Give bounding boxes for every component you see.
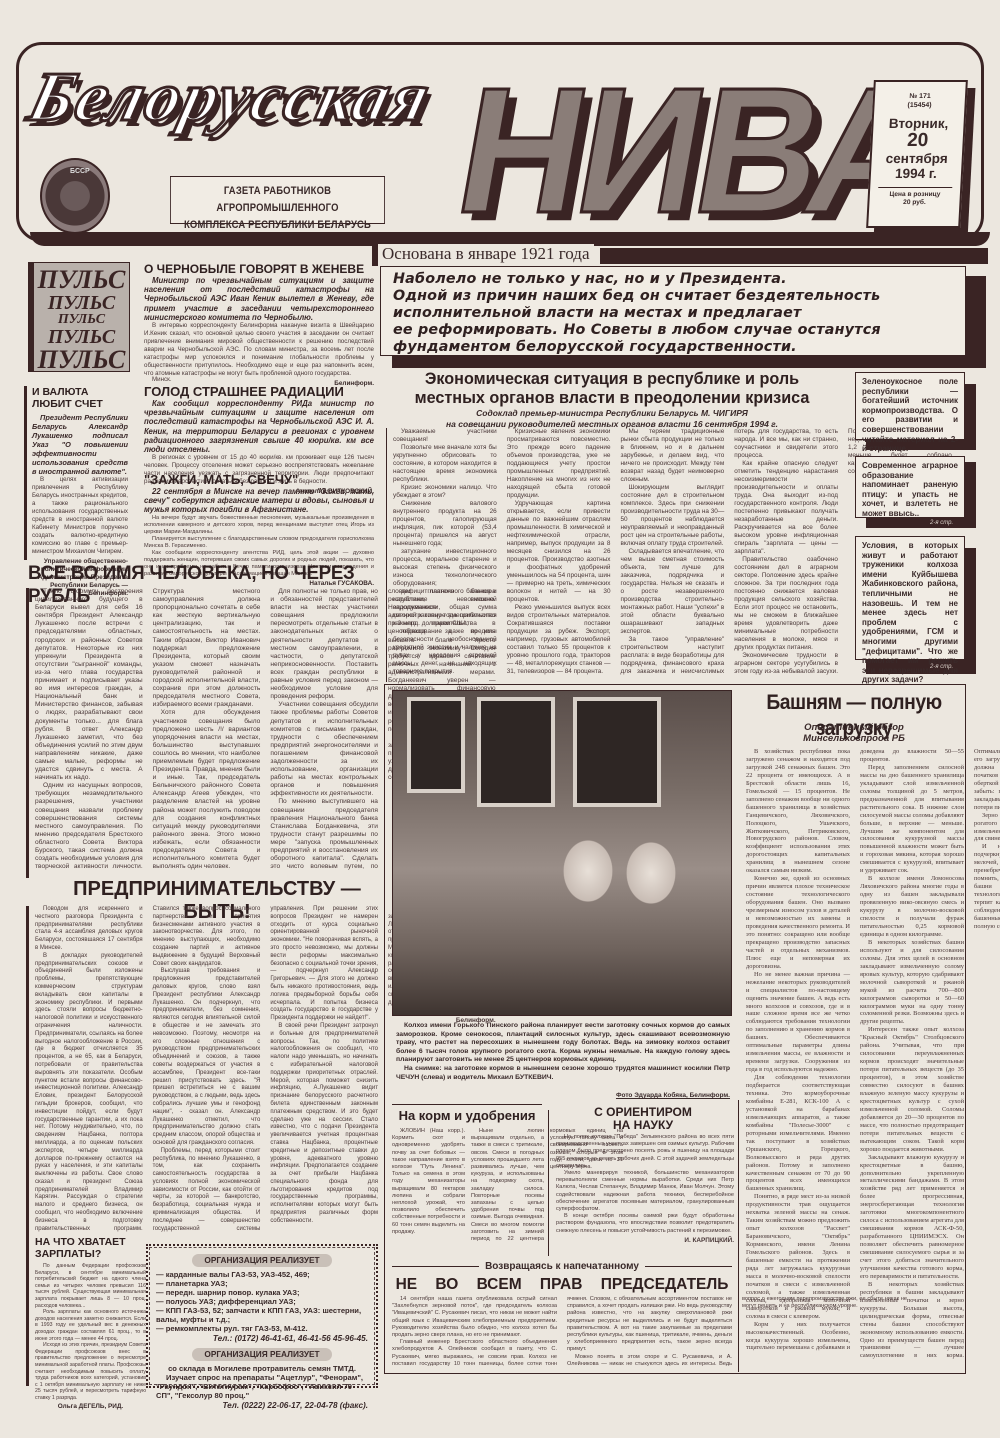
advertisement-box: ОРГАНИЗАЦИЯ РЕАЛИЗУЕТ — карданные валы Г… <box>146 1244 378 1388</box>
paragraph: Закладывают влажную кукурузу и крестоцве… <box>860 1154 964 1281</box>
rule <box>645 1266 732 1267</box>
masthead-subtitle: ГАЗЕТА РАБОТНИКОВ АГРОПРОМЫШЛЕННОГО КОМП… <box>170 176 385 224</box>
paragraph: Но не менее важная причина — нежелание н… <box>746 971 850 1074</box>
founded-line: Основана в январе 1921 года <box>372 244 594 266</box>
paragraph: ЖЛОБИН (Наш корр.). Кормить скот и однов… <box>392 1128 465 1236</box>
article-title: И ВАЛЮТА <box>32 386 128 398</box>
pulse-word: ПУЛЬС <box>34 267 129 293</box>
article-lead: 22 сентября в Минске на вечер памяти "За… <box>144 487 374 515</box>
article-valuta: И ВАЛЮТА ЛЮБИТ СЧЕТ Президент Республики… <box>24 386 128 560</box>
ad-item: — КПП ГАЗ-53, 52; запчасти к КПП ГАЗ, УА… <box>156 1306 368 1324</box>
paragraph: 14 сентября наша газета опубликовала ост… <box>392 1296 557 1339</box>
ad-phone: Тел. (0222) 22-06-17, 22-04-78 (факс). <box>156 1401 368 1410</box>
pulse-word: ПУЛЬС <box>34 313 129 327</box>
pulse-rubric: ПУЛЬС ПУЛЬС ПУЛЬС ПУЛЬС ПУЛЬС <box>28 262 130 372</box>
issue-day: 20 <box>872 131 963 151</box>
lead-box-shadow <box>966 276 986 366</box>
news-photo <box>392 690 732 1016</box>
column-divider <box>738 1100 739 1372</box>
paragraph: Правительство озабочено состоянием дел в… <box>734 556 838 652</box>
price-value: 20 руб. <box>877 199 951 207</box>
article-signature: Ольга ДЕГЕЛЬ, РИД. <box>35 1403 146 1410</box>
lead-line: Одной из причин наших бед он считает без… <box>393 288 953 305</box>
paragraph: На полях колхоза "Победа" Зельвенского р… <box>556 1134 734 1170</box>
paragraph: В некоторых хозяйствах башни используют … <box>860 939 964 1026</box>
divider <box>392 1104 542 1105</box>
rule <box>392 1266 479 1267</box>
article-body-nevo: 14 сентября наша газета опубликовала ост… <box>392 1296 732 1374</box>
paragraph: Шокирующим выглядит состояние дел в стро… <box>621 484 725 548</box>
paragraph: Кризис экономики налицо. Что убеждает в … <box>393 484 497 500</box>
paragraph: По данным Федерации профсоюзов Беларуси,… <box>35 1263 146 1309</box>
article-subtitle: Оперативный обзор Минсельхозпрода РБ <box>744 722 964 744</box>
paragraph: В колхозе имени Ломоносова Ляховичского … <box>860 875 964 939</box>
article-body: В целях активизации привлечения в Респуб… <box>32 476 128 556</box>
paragraph: Для соблюдения технологии подбирается со… <box>746 1074 850 1193</box>
photo-window <box>477 697 555 807</box>
paragraph: Уважаемые участники совещания! <box>393 428 497 444</box>
title-line: НА НАУКУ <box>556 1119 730 1132</box>
article-title: На корм и удобрения <box>392 1108 542 1124</box>
paragraph: Интересен также опыт колхоза "Красный Ок… <box>860 1026 964 1153</box>
paragraph: переход за пределы безопасности необосно… <box>393 628 497 676</box>
article-lead: Министр по чрезвычайным ситуациям и защи… <box>144 276 374 322</box>
paragraph: В конце октября посевы озимой ржи будут … <box>556 1213 734 1235</box>
subtitle-line: ГАЗЕТА РАБОТНИКОВ АГРОПРОМЫШЛЕННОГО <box>171 183 384 217</box>
pulse-word: ПУЛЬС <box>34 347 129 373</box>
subtitle-line: Содоклад премьер-министра Республики Бел… <box>384 408 840 419</box>
paragraph: Мы теряем традиционные рынки сбыта проду… <box>621 428 725 484</box>
photo-caption: Колхоз имени Горького Пинского района пл… <box>396 1022 730 1082</box>
subtitle-line: КОМПЛЕКСА РЕСПУБЛИКИ БЕЛАРУСЬ <box>171 217 384 234</box>
paragraph: дефицит платежного баланса и нарастание … <box>393 588 497 628</box>
teaser-box[interactable]: Условия, в которых живут и работают труж… <box>855 536 965 660</box>
article-title: ЛЮБИТ СЧЕТ <box>32 398 128 410</box>
paragraph: В хозяйствах республики пока загружено с… <box>746 748 850 875</box>
teaser-page-ref: 2-я стр. <box>930 664 953 670</box>
article-signature: И. КАРПИЦКИЙ. <box>556 1237 734 1244</box>
caption-text: Колхоз имени Горького Пинского района пл… <box>396 1022 730 1065</box>
paragraph: Конечно же, одной из основных причин явл… <box>746 875 850 970</box>
issue-date-card: № 171 (15454) Вторник, 20 сентября 1994 … <box>866 80 968 228</box>
article-title: НЕ ВО ВСЕМ ПРАВ ПРЕДСЕДАТЕЛЬ <box>392 1276 732 1294</box>
issue-weekday: Вторник, <box>873 116 964 131</box>
pulse-word: ПУЛЬС <box>34 327 129 347</box>
paragraph: Поводом для искреннего и честного разгов… <box>35 906 143 953</box>
photo-credit: Фото Эдуарда Кобяка, Белинформ. <box>560 1092 730 1099</box>
title-line: Экономическая ситуация в республике и ро… <box>384 370 840 389</box>
article-title-economic: Экономическая ситуация в республике и ро… <box>384 370 840 407</box>
article-body-vse: Такую формулу построения цивилизованного… <box>26 588 378 878</box>
lead-line: ее реформировать. Но Советы в любом случ… <box>393 322 953 339</box>
subtitle-line: Минсельхозпрода РБ <box>744 733 964 744</box>
paragraph: Кризисные явления экономики просматриваю… <box>507 428 611 500</box>
photo-window <box>407 697 465 793</box>
article-title: ГОЛОД СТРАШНЕЕ РАДИАЦИИ <box>144 384 374 399</box>
article-title: НА ЧТО ХВАТАЕТ ЗАРПЛАТЫ? <box>35 1236 146 1260</box>
title-line: местных органов власти в преодолении кри… <box>384 389 840 408</box>
paragraph: В своей речи Президент затронул и больны… <box>270 1023 378 1226</box>
article-body-towers: В хозяйствах республики пока загружено с… <box>746 748 964 1368</box>
founded-bar <box>600 248 988 264</box>
price-label: Цена в розницу <box>878 191 952 199</box>
article-lead: Как сообщил корреспонденту РИДа министр … <box>144 399 374 454</box>
dateline: Минск. <box>144 376 374 384</box>
ad-item: — ремкомплекты рул. тяг ГАЗ-53, М-412. <box>156 1324 368 1333</box>
emblem-label: БССР <box>70 168 90 175</box>
photo-window <box>573 697 661 807</box>
paragraph: Хотя для обсуждения участников совещания… <box>153 709 261 871</box>
article-body: На вечере будут звучать божественные пес… <box>144 515 374 536</box>
paragraph: Исходя из этих причин, президиум Совета … <box>35 1342 146 1401</box>
paragraph: Как крайне опасную следует отметить тенд… <box>734 460 838 556</box>
issue-year: 1994 г. <box>871 166 962 181</box>
ad-badge: ОРГАНИЗАЦИЯ РЕАЛИЗУЕТ <box>192 1348 332 1361</box>
teaser-box[interactable]: Зеленоукосное поле республики — богатейш… <box>855 372 965 440</box>
paragraph: Выслушав требования и предложения предст… <box>153 968 261 1147</box>
ad-phone: Тел.: (0172) 46-41-61, 46-41-56 45-96-45… <box>156 1334 368 1343</box>
rubric-label: Возвращаясь к напечатанному <box>485 1261 639 1272</box>
issue-price: Цена в розницу 20 руб. <box>877 187 952 207</box>
article-body: В интервью корреспонденту Белинформа нак… <box>144 322 374 378</box>
ad-text: со склада в Могилеве протравитель семян … <box>156 1364 368 1373</box>
paragraph: Складывается впечатление, что чем выше с… <box>621 548 725 636</box>
teaser-box[interactable]: Современное аграрное образование напомин… <box>855 456 965 518</box>
paragraph: Резко уменьшился выпуск всех видов строи… <box>507 604 611 676</box>
ad-item: — карданные валы ГАЗ-53, УАЗ-452, 469; <box>156 1270 368 1279</box>
lead-line: фундаментом белорусской государственност… <box>393 339 953 356</box>
paragraph: Удручающая картина открывается, если при… <box>507 500 611 604</box>
issue-month: сентября <box>871 151 962 166</box>
paragraph: Участники совещания обсудили также пробл… <box>270 701 378 798</box>
paragraph: Зерно и початки для крупного рогатого ск… <box>974 812 1000 844</box>
article-body: Планируется выступление с благодарственн… <box>144 536 374 550</box>
paragraph: Позвольте мне вначале хотя бы укрупненно… <box>393 444 497 484</box>
article-zarplata: НА ЧТО ХВАТАЕТ ЗАРПЛАТЫ? По данным Федер… <box>26 1236 146 1386</box>
newspaper-title-block: НИВА <box>446 62 847 241</box>
article-body-orientir: На полях колхоза "Победа" Зельвенского р… <box>556 1134 734 1254</box>
issue-total-number: (15454) <box>874 101 964 110</box>
ad-item: — полуось УАЗ; дифференциал УАЗ; <box>156 1297 368 1306</box>
issue-number: № 171 <box>875 92 965 101</box>
paragraph: Снижение валового внутреннего продукта н… <box>393 500 497 548</box>
article-chernobyl: О ЧЕРНОБЫЛЕ ГОВОРЯТ В ЖЕНЕВЕ Министр по … <box>144 262 374 387</box>
pulse-word: ПУЛЬС <box>34 293 129 313</box>
lead-box-shadow <box>392 356 986 368</box>
article-lead: Президент Республики Беларусь Александр … <box>32 413 128 476</box>
lead-quote-box: Наболело не только у нас, но и у Президе… <box>380 266 966 356</box>
ad-text: Изучает спрос на препараты "Ацетлур", "Ф… <box>156 1373 368 1400</box>
ad-badge: ОРГАНИЗАЦИЯ РЕАЛИЗУЕТ <box>192 1254 332 1267</box>
article-body-economic: Уважаемые участники совещания! Позвольте… <box>386 428 838 682</box>
ad-item: — планетарка УАЗ; <box>156 1279 368 1288</box>
paragraph: Умело маневрируя техникой, большинство м… <box>556 1170 734 1213</box>
teaser-page-ref: 2-я стр. <box>930 520 953 526</box>
paragraph: Для полноты не только прав, но и обязанн… <box>270 588 378 701</box>
article-title: С ОРИЕНТИРОМ НА НАУКУ <box>556 1106 730 1132</box>
paragraph: Роль зарплаты как основного источника до… <box>35 1309 146 1342</box>
subtitle-line: Оперативный обзор <box>744 722 964 733</box>
article-body-pred: Поводом для искреннего и честного разгов… <box>26 906 378 1236</box>
paragraph: затухание инвестиционного процесса, мора… <box>393 548 497 588</box>
paragraph: Перед заполнением силосной массы на дно … <box>860 764 964 875</box>
ad-item: — передн. шарнир повор. кулака УАЗ; <box>156 1288 368 1297</box>
article-title: "ЗАЖГИ, МАТЬ, СВЕЧУ" <box>144 472 374 487</box>
paragraph: Такую формулу построения цивилизованного… <box>35 588 143 782</box>
rubric-return: Возвращаясь к напечатанному <box>392 1260 732 1272</box>
paragraph: И наконец следует особо подчеркнуть, что… <box>974 843 1000 930</box>
newspaper-title-script: Белорусская <box>16 58 471 158</box>
column-divider <box>548 1110 549 1256</box>
article-title: О ЧЕРНОБЫЛЕ ГОВОРЯТ В ЖЕНЕВЕ <box>144 262 374 276</box>
lead-line: Наболело не только у нас, но и у Президе… <box>393 271 953 288</box>
article-subtitle: Содоклад премьер-министра Республики Бел… <box>384 408 840 429</box>
caption-text: На снимке: на заготовке кормов в нынешне… <box>396 1065 730 1082</box>
article-body-korm: ЖЛОБИН (Наш корр.). Кормить скот и однов… <box>392 1128 544 1248</box>
lead-line: исполнительной власти на местах и предла… <box>393 305 953 322</box>
